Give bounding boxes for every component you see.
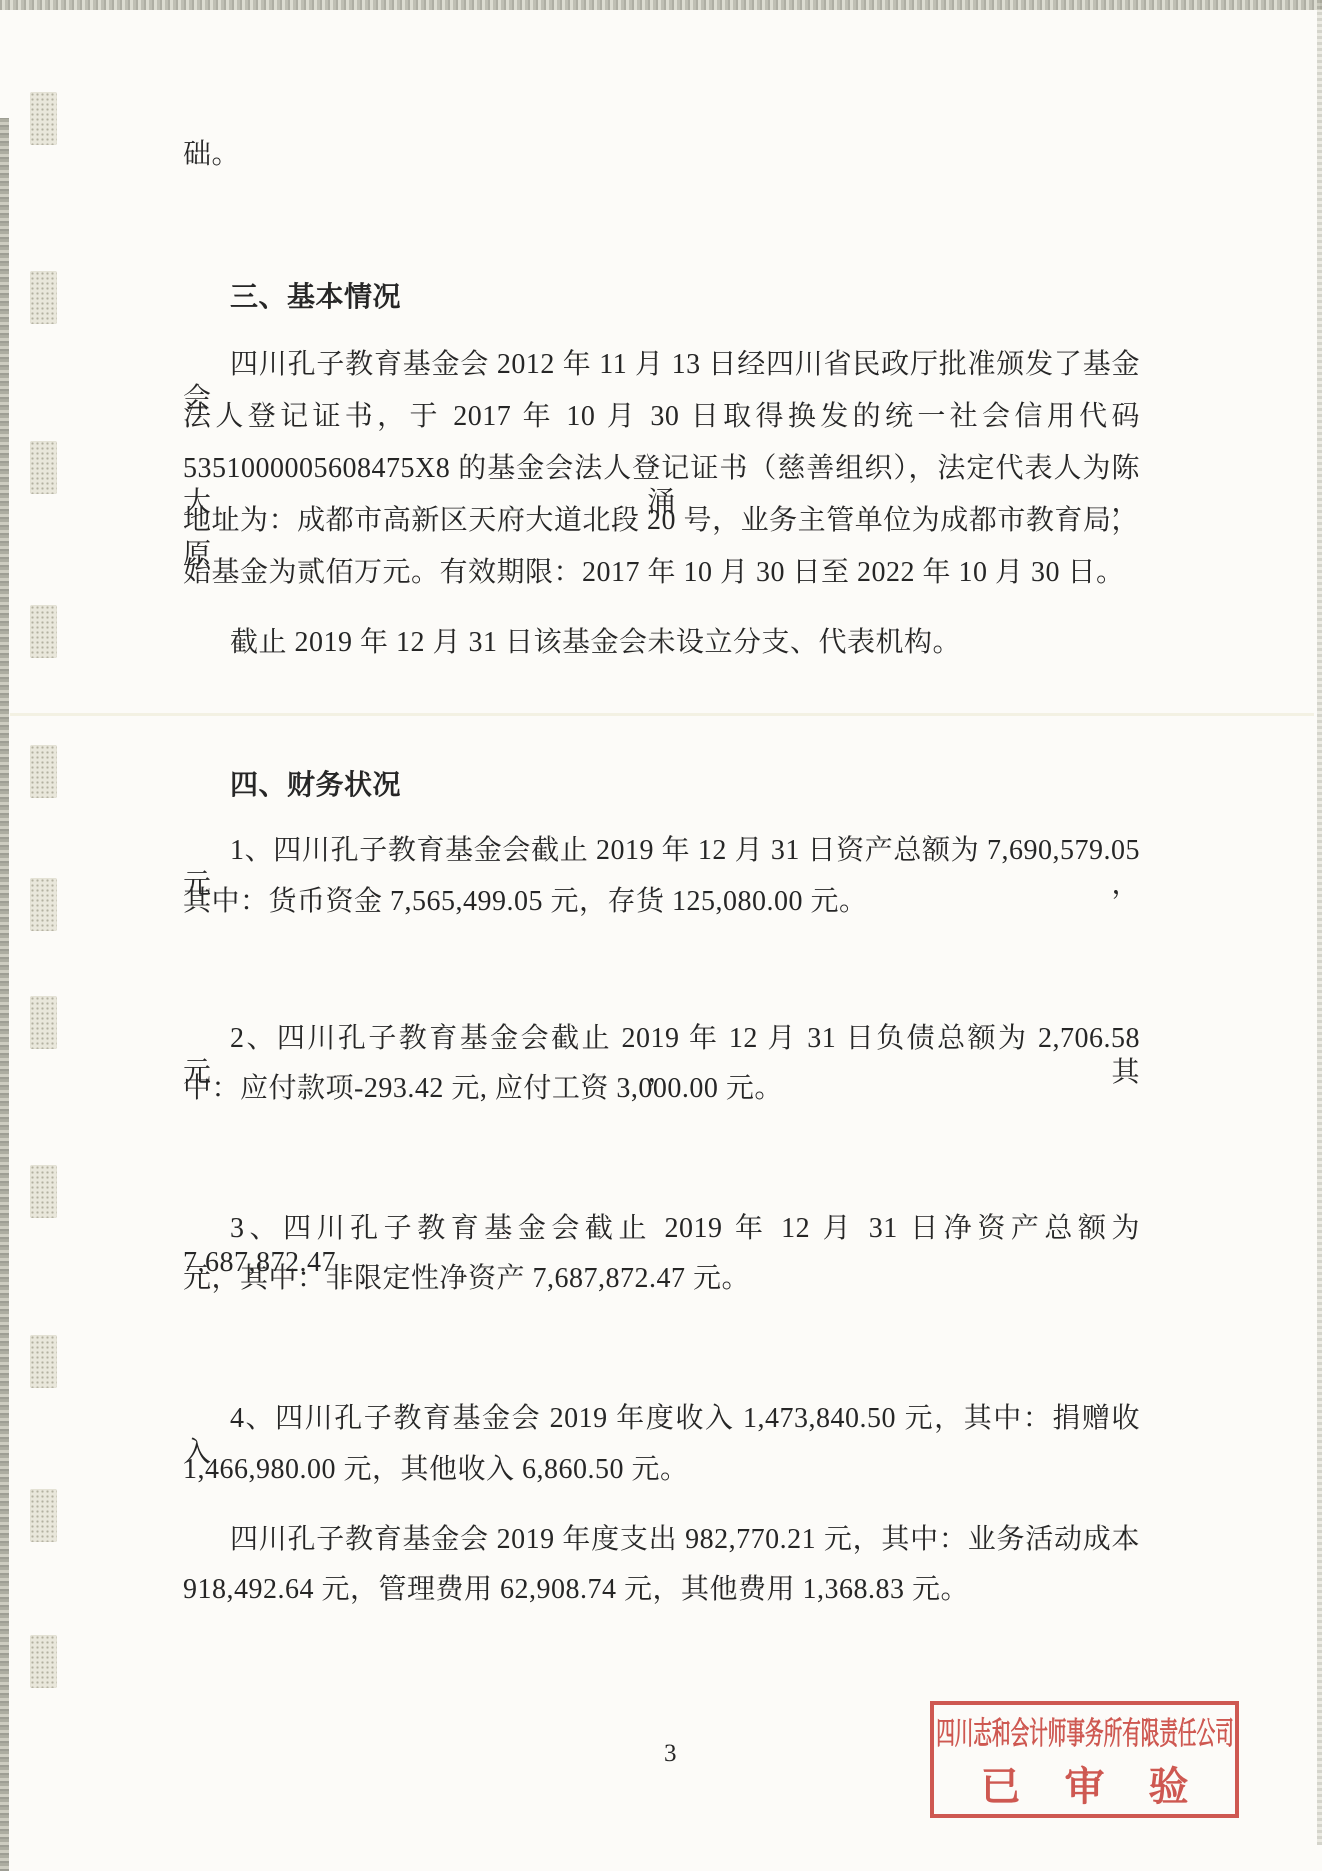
binding-mark [30, 1635, 57, 1688]
stamp-verified-text: 已 审 验 [981, 1755, 1189, 1812]
text-line: 元，其中：非限定性净资产 7,687,872.47 元。 [183, 1262, 1140, 1296]
text-line: 础。 [183, 138, 1140, 172]
text-line: 1,466,980.00 元，其他收入 6,860.50 元。 [183, 1453, 1140, 1487]
scan-edge-top [0, 0, 1322, 10]
page-number: 3 [664, 1740, 677, 1768]
scan-artifact-band [10, 713, 1314, 716]
binding-mark [30, 441, 57, 494]
text-line: 918,492.64 元，管理费用 62,908.74 元，其他费用 1,368… [183, 1573, 1140, 1607]
binding-mark [30, 878, 57, 931]
section-heading: 三、基本情况 [183, 281, 1140, 315]
binding-mark [30, 1335, 57, 1388]
text-line: 始基金为贰佰万元。有效期限：2017 年 10 月 30 日至 2022 年 1… [183, 556, 1140, 590]
text-line: 四川孔子教育基金会 2019 年度支出 982,770.21 元，其中：业务活动… [183, 1523, 1140, 1557]
stamp-company-name: 四川志和会计师事务所有限责任公司 [936, 1708, 1234, 1753]
binding-mark [30, 605, 57, 658]
scan-edge-left [0, 118, 9, 1871]
section-heading: 四、财务状况 [183, 769, 1140, 803]
text-line: 截止 2019 年 12 月 31 日该基金会未设立分支、代表机构。 [183, 626, 1140, 660]
binding-mark [30, 1165, 57, 1218]
binding-mark [30, 271, 57, 324]
text-line: 中：应付款项-293.42 元, 应付工资 3,000.00 元。 [183, 1072, 1140, 1106]
text-line: 法人登记证书，于 2017 年 10 月 30 日取得换发的统一社会信用代码 [183, 400, 1140, 434]
binding-mark [30, 92, 57, 145]
binding-mark [30, 996, 57, 1049]
scanned-page: 础。三、基本情况四川孔子教育基金会 2012 年 11 月 13 日经四川省民政… [0, 0, 1322, 1871]
auditor-stamp: 四川志和会计师事务所有限责任公司 已 审 验 [930, 1701, 1239, 1818]
binding-mark [30, 745, 57, 798]
binding-mark [30, 1489, 57, 1542]
scan-edge-right [1317, 0, 1322, 1845]
text-line: 其中：货币资金 7,565,499.05 元，存货 125,080.00 元。 [183, 885, 1140, 919]
